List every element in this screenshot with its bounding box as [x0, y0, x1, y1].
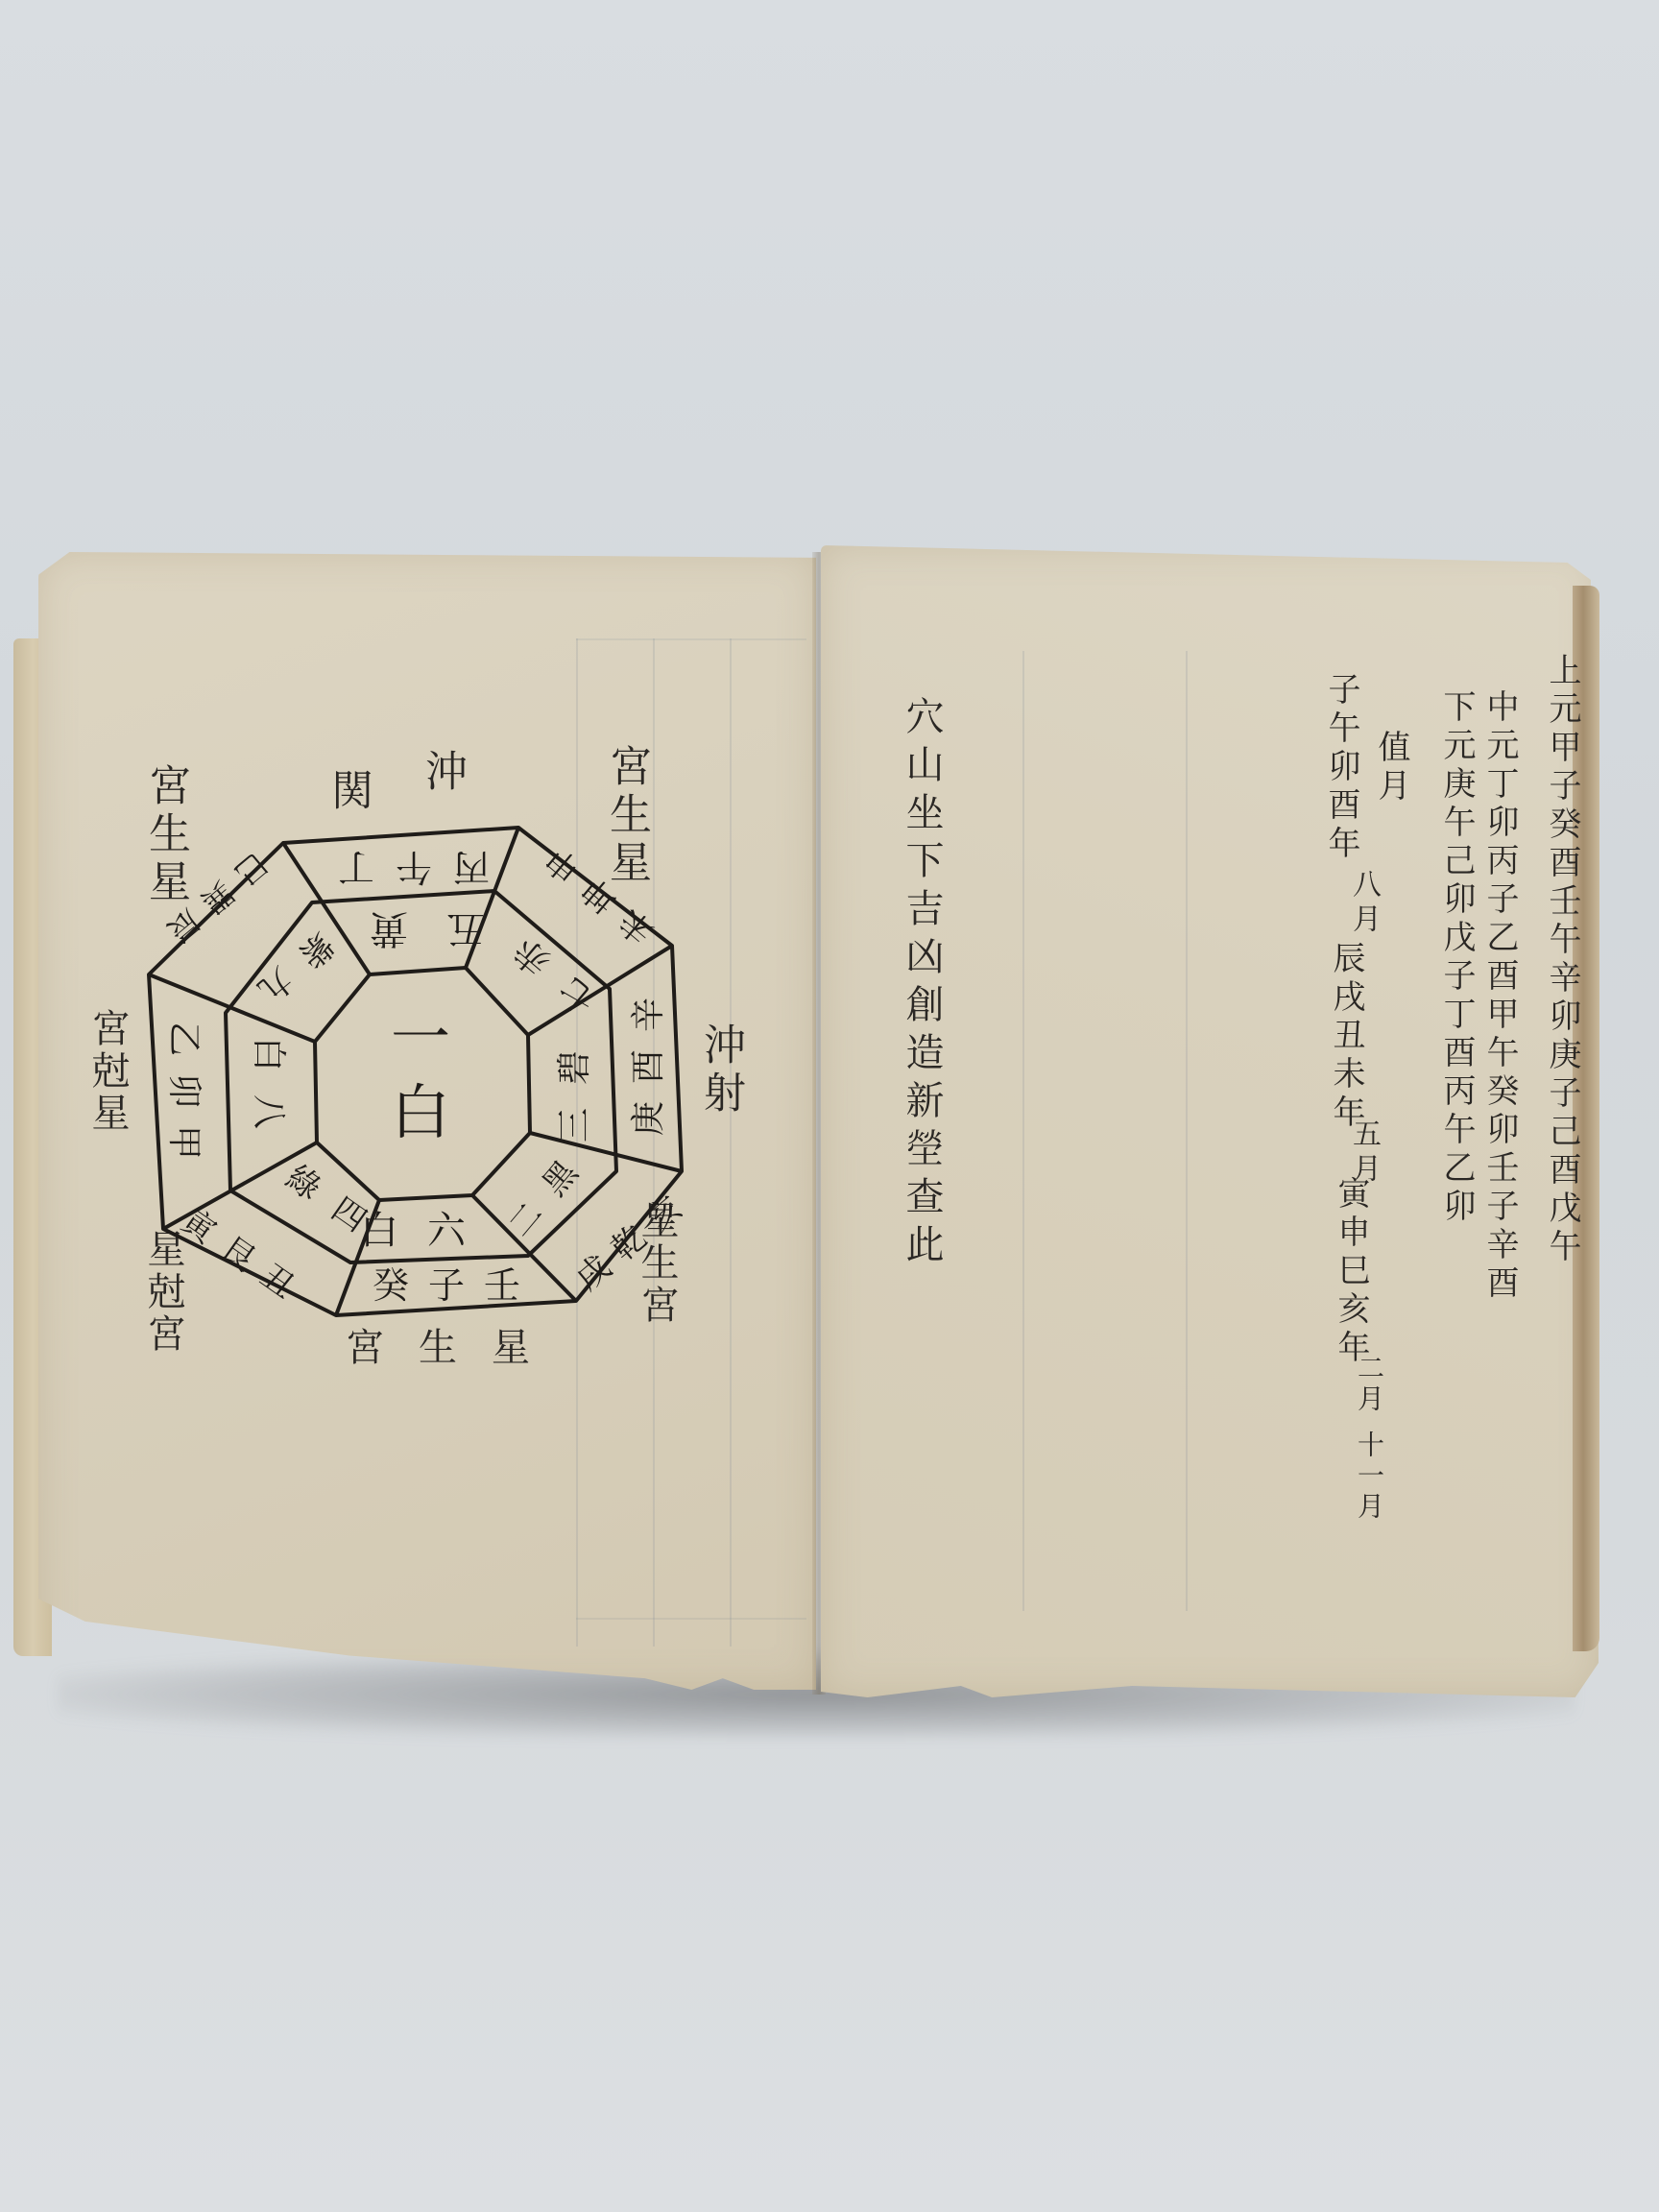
show-through-line — [730, 638, 732, 1647]
label-gong-ke-xing: 宮尅星 — [88, 1008, 127, 1135]
segment-top-inner: 五黄 — [331, 906, 485, 950]
column-title: 穴山坐下吉凶創造新塋查此 — [902, 696, 941, 1272]
segment-right-inner: 三碧 — [555, 1027, 594, 1142]
months-shiyi-yue: 十一月 — [1356, 1431, 1382, 1523]
segment-left-outer: 乙卯甲 — [164, 1022, 204, 1177]
segment-bottomright-inner: 二黑 — [500, 1138, 599, 1245]
label-chong-she: 沖射 — [699, 1022, 741, 1118]
octagon-svg: 一 白 丙午丁 五黄 未坤申 七赤 庚酉辛 三碧 — [134, 806, 691, 1344]
open-book: 沖 関 宮生星 宮生星 宮尅星 沖射 星尅宮 星生宮 宮生星 — [0, 0, 1659, 2212]
months-chenxu-chouwei: 辰戌丑未年 — [1330, 941, 1362, 1133]
show-through-line — [1186, 651, 1188, 1611]
label-chong: 沖 — [421, 749, 463, 797]
column-xia-yuan: 下元庚午己卯戊子丁酉丙午乙卯 — [1440, 689, 1473, 1227]
segment-topleft-outer: 巳巽辰 — [150, 845, 275, 958]
months-er-yue: 二月 — [1356, 1354, 1382, 1415]
months-yinshen-sihai: 寅申巳亥年 — [1334, 1176, 1367, 1368]
segment-bottom-outer: 癸子壬 — [373, 1264, 540, 1307]
months-ziwu-maoyou: 子午卯酉年 — [1325, 672, 1358, 864]
column-zhi-yue: 值月 — [1375, 730, 1407, 806]
show-through-line — [1022, 651, 1024, 1611]
column-zhong-yuan: 中元丁卯丙子乙酉甲午癸卯壬子辛酉 — [1483, 689, 1516, 1304]
luoshu-octagon-diagram: 一 白 丙午丁 五黄 未坤申 七赤 庚酉辛 三碧 — [134, 806, 691, 1344]
show-through-line — [576, 638, 806, 640]
months-ba-yue: 八月 — [1349, 869, 1378, 938]
segment-bottomleft-outer: 寅艮丑 — [175, 1201, 315, 1315]
show-through-line — [576, 1618, 806, 1620]
segment-topleft-inner: 紫九 — [234, 925, 342, 1023]
segment-right-outer: 庚酉辛 — [629, 980, 668, 1136]
center-star-bai: 白 — [391, 1077, 450, 1147]
segment-left-inner: 白八 — [249, 1037, 288, 1152]
center-star-yi: 一 — [391, 1002, 450, 1072]
segment-top-outer: 丙午丁 — [317, 846, 490, 888]
column-shang-yuan: 上元甲子癸酉壬午辛卯庚子己酉戊午 — [1546, 653, 1578, 1267]
